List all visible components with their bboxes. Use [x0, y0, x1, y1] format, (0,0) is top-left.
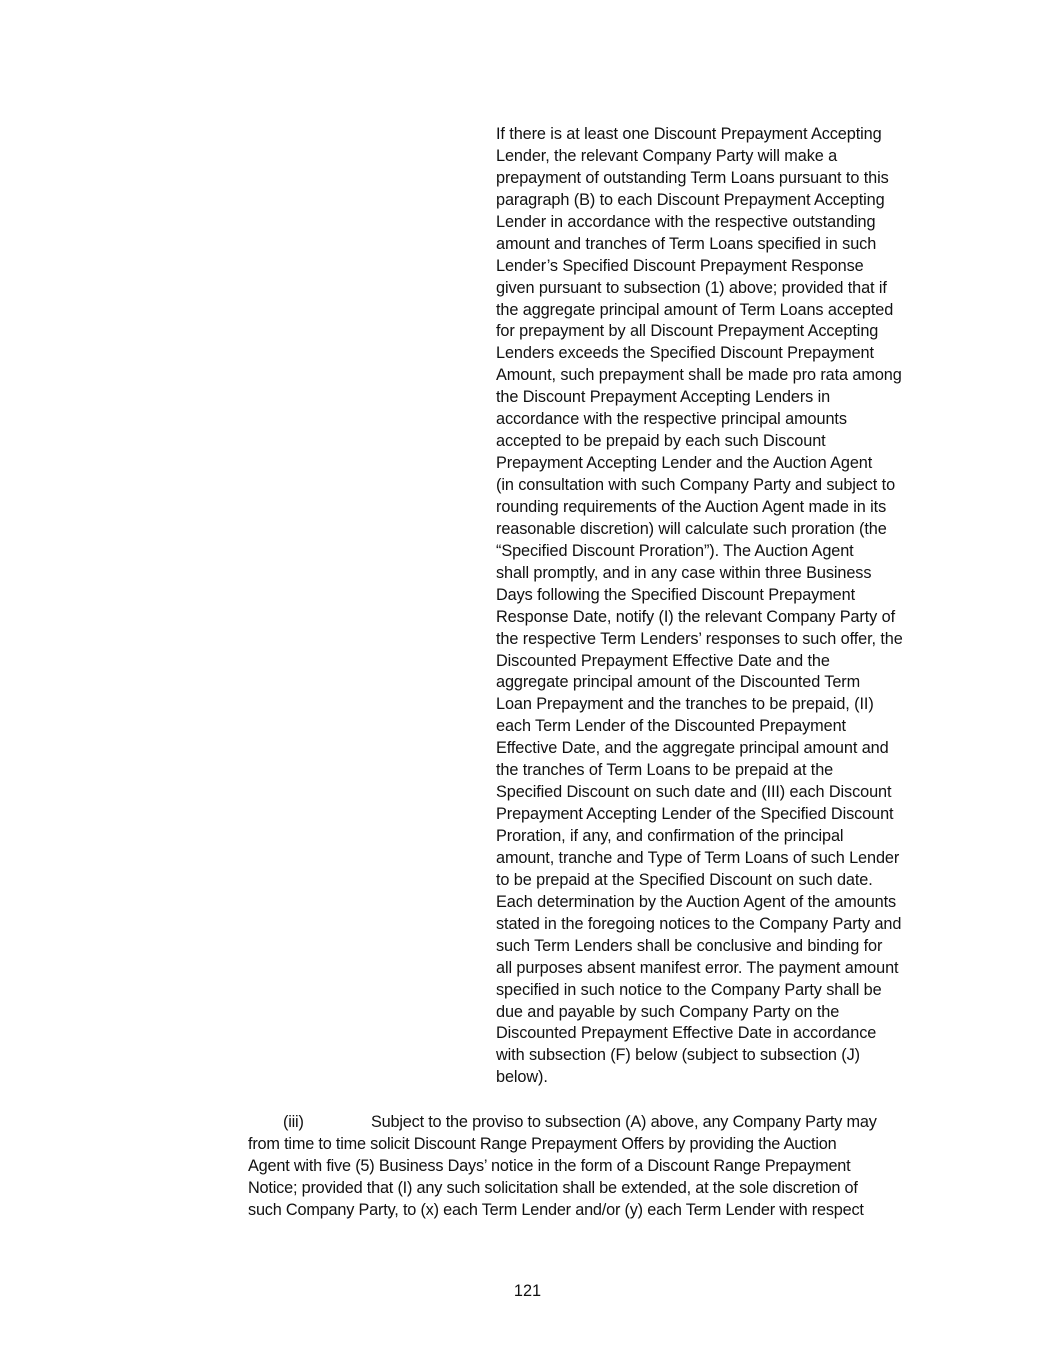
paragraph-line: with subsection (F) below (subject to su…	[496, 1045, 936, 1067]
paragraph-line: Discounted Prepayment Effective Date in …	[496, 1023, 936, 1045]
paragraph-line: prepayment of outstanding Term Loans pur…	[496, 168, 936, 190]
paragraph-line: Lender’s Specified Discount Prepayment R…	[496, 256, 936, 278]
paragraph-line: Each determination by the Auction Agent …	[496, 892, 936, 914]
paragraph-line: Prepayment Accepting Lender and the Auct…	[496, 453, 936, 475]
paragraph-line: Amount, such prepayment shall be made pr…	[496, 365, 936, 387]
paragraph-line: Prepayment Accepting Lender of the Speci…	[496, 804, 936, 826]
paragraph-line: all purposes absent manifest error. The …	[496, 958, 936, 980]
paragraph-line: Discounted Prepayment Effective Date and…	[496, 651, 936, 673]
section-iii-first-line: (iii)Subject to the proviso to subsectio…	[248, 1112, 938, 1134]
section-iii-paragraph: (iii)Subject to the proviso to subsectio…	[248, 1112, 938, 1222]
paragraph-line: the Discount Prepayment Accepting Lender…	[496, 387, 936, 409]
paragraph-line: the respective Term Lenders’ responses t…	[496, 629, 936, 651]
paragraph-line: amount, tranche and Type of Term Loans o…	[496, 848, 936, 870]
paragraph-line: accepted to be prepaid by each such Disc…	[496, 431, 936, 453]
paragraph-line: to be prepaid at the Specified Discount …	[496, 870, 936, 892]
paragraph-line: the aggregate principal amount of Term L…	[496, 300, 936, 322]
paragraph-line: reasonable discretion) will calculate su…	[496, 519, 936, 541]
paragraph-line: Specified Discount on such date and (III…	[496, 782, 936, 804]
paragraph-line: accordance with the respective principal…	[496, 409, 936, 431]
paragraph-line: Agent with five (5) Business Days’ notic…	[248, 1156, 938, 1178]
paragraph-line: rounding requirements of the Auction Age…	[496, 497, 936, 519]
paragraph-line: Lenders exceeds the Specified Discount P…	[496, 343, 936, 365]
paragraph-line: Response Date, notify (I) the relevant C…	[496, 607, 936, 629]
indented-paragraph: If there is at least one Discount Prepay…	[496, 124, 936, 1089]
paragraph-line: If there is at least one Discount Prepay…	[496, 124, 936, 146]
paragraph-line: specified in such notice to the Company …	[496, 980, 936, 1002]
paragraph-line: Loan Prepayment and the tranches to be p…	[496, 694, 936, 716]
paragraph-line: such Company Party, to (x) each Term Len…	[248, 1200, 938, 1222]
paragraph-line: given pursuant to subsection (1) above; …	[496, 278, 936, 300]
paragraph-line: Subject to the proviso to subsection (A)…	[371, 1113, 877, 1131]
paragraph-line: paragraph (B) to each Discount Prepaymen…	[496, 190, 936, 212]
paragraph-line: for prepayment by all Discount Prepaymen…	[496, 321, 936, 343]
paragraph-line: Lender in accordance with the respective…	[496, 212, 936, 234]
paragraph-line: Lender, the relevant Company Party will …	[496, 146, 936, 168]
paragraph-line: from time to time solicit Discount Range…	[248, 1134, 938, 1156]
paragraph-line: amount and tranches of Term Loans specif…	[496, 234, 936, 256]
paragraph-line: Notice; provided that (I) any such solic…	[248, 1178, 938, 1200]
paragraph-line: shall promptly, and in any case within t…	[496, 563, 936, 585]
paragraph-line: Days following the Specified Discount Pr…	[496, 585, 936, 607]
section-number: (iii)	[283, 1112, 371, 1134]
paragraph-line: Effective Date, and the aggregate princi…	[496, 738, 936, 760]
paragraph-line: “Specified Discount Proration”). The Auc…	[496, 541, 936, 563]
paragraph-line: the tranches of Term Loans to be prepaid…	[496, 760, 936, 782]
document-page: If there is at least one Discount Prepay…	[0, 0, 1055, 1365]
paragraph-line: stated in the foregoing notices to the C…	[496, 914, 936, 936]
paragraph-line: due and payable by such Company Party on…	[496, 1002, 936, 1024]
paragraph-line: Proration, if any, and confirmation of t…	[496, 826, 936, 848]
paragraph-line: aggregate principal amount of the Discou…	[496, 672, 936, 694]
paragraph-line: such Term Lenders shall be conclusive an…	[496, 936, 936, 958]
paragraph-line: each Term Lender of the Discounted Prepa…	[496, 716, 936, 738]
paragraph-line: (in consultation with such Company Party…	[496, 475, 936, 497]
paragraph-line: below).	[496, 1067, 936, 1089]
page-number: 121	[0, 1282, 1055, 1301]
